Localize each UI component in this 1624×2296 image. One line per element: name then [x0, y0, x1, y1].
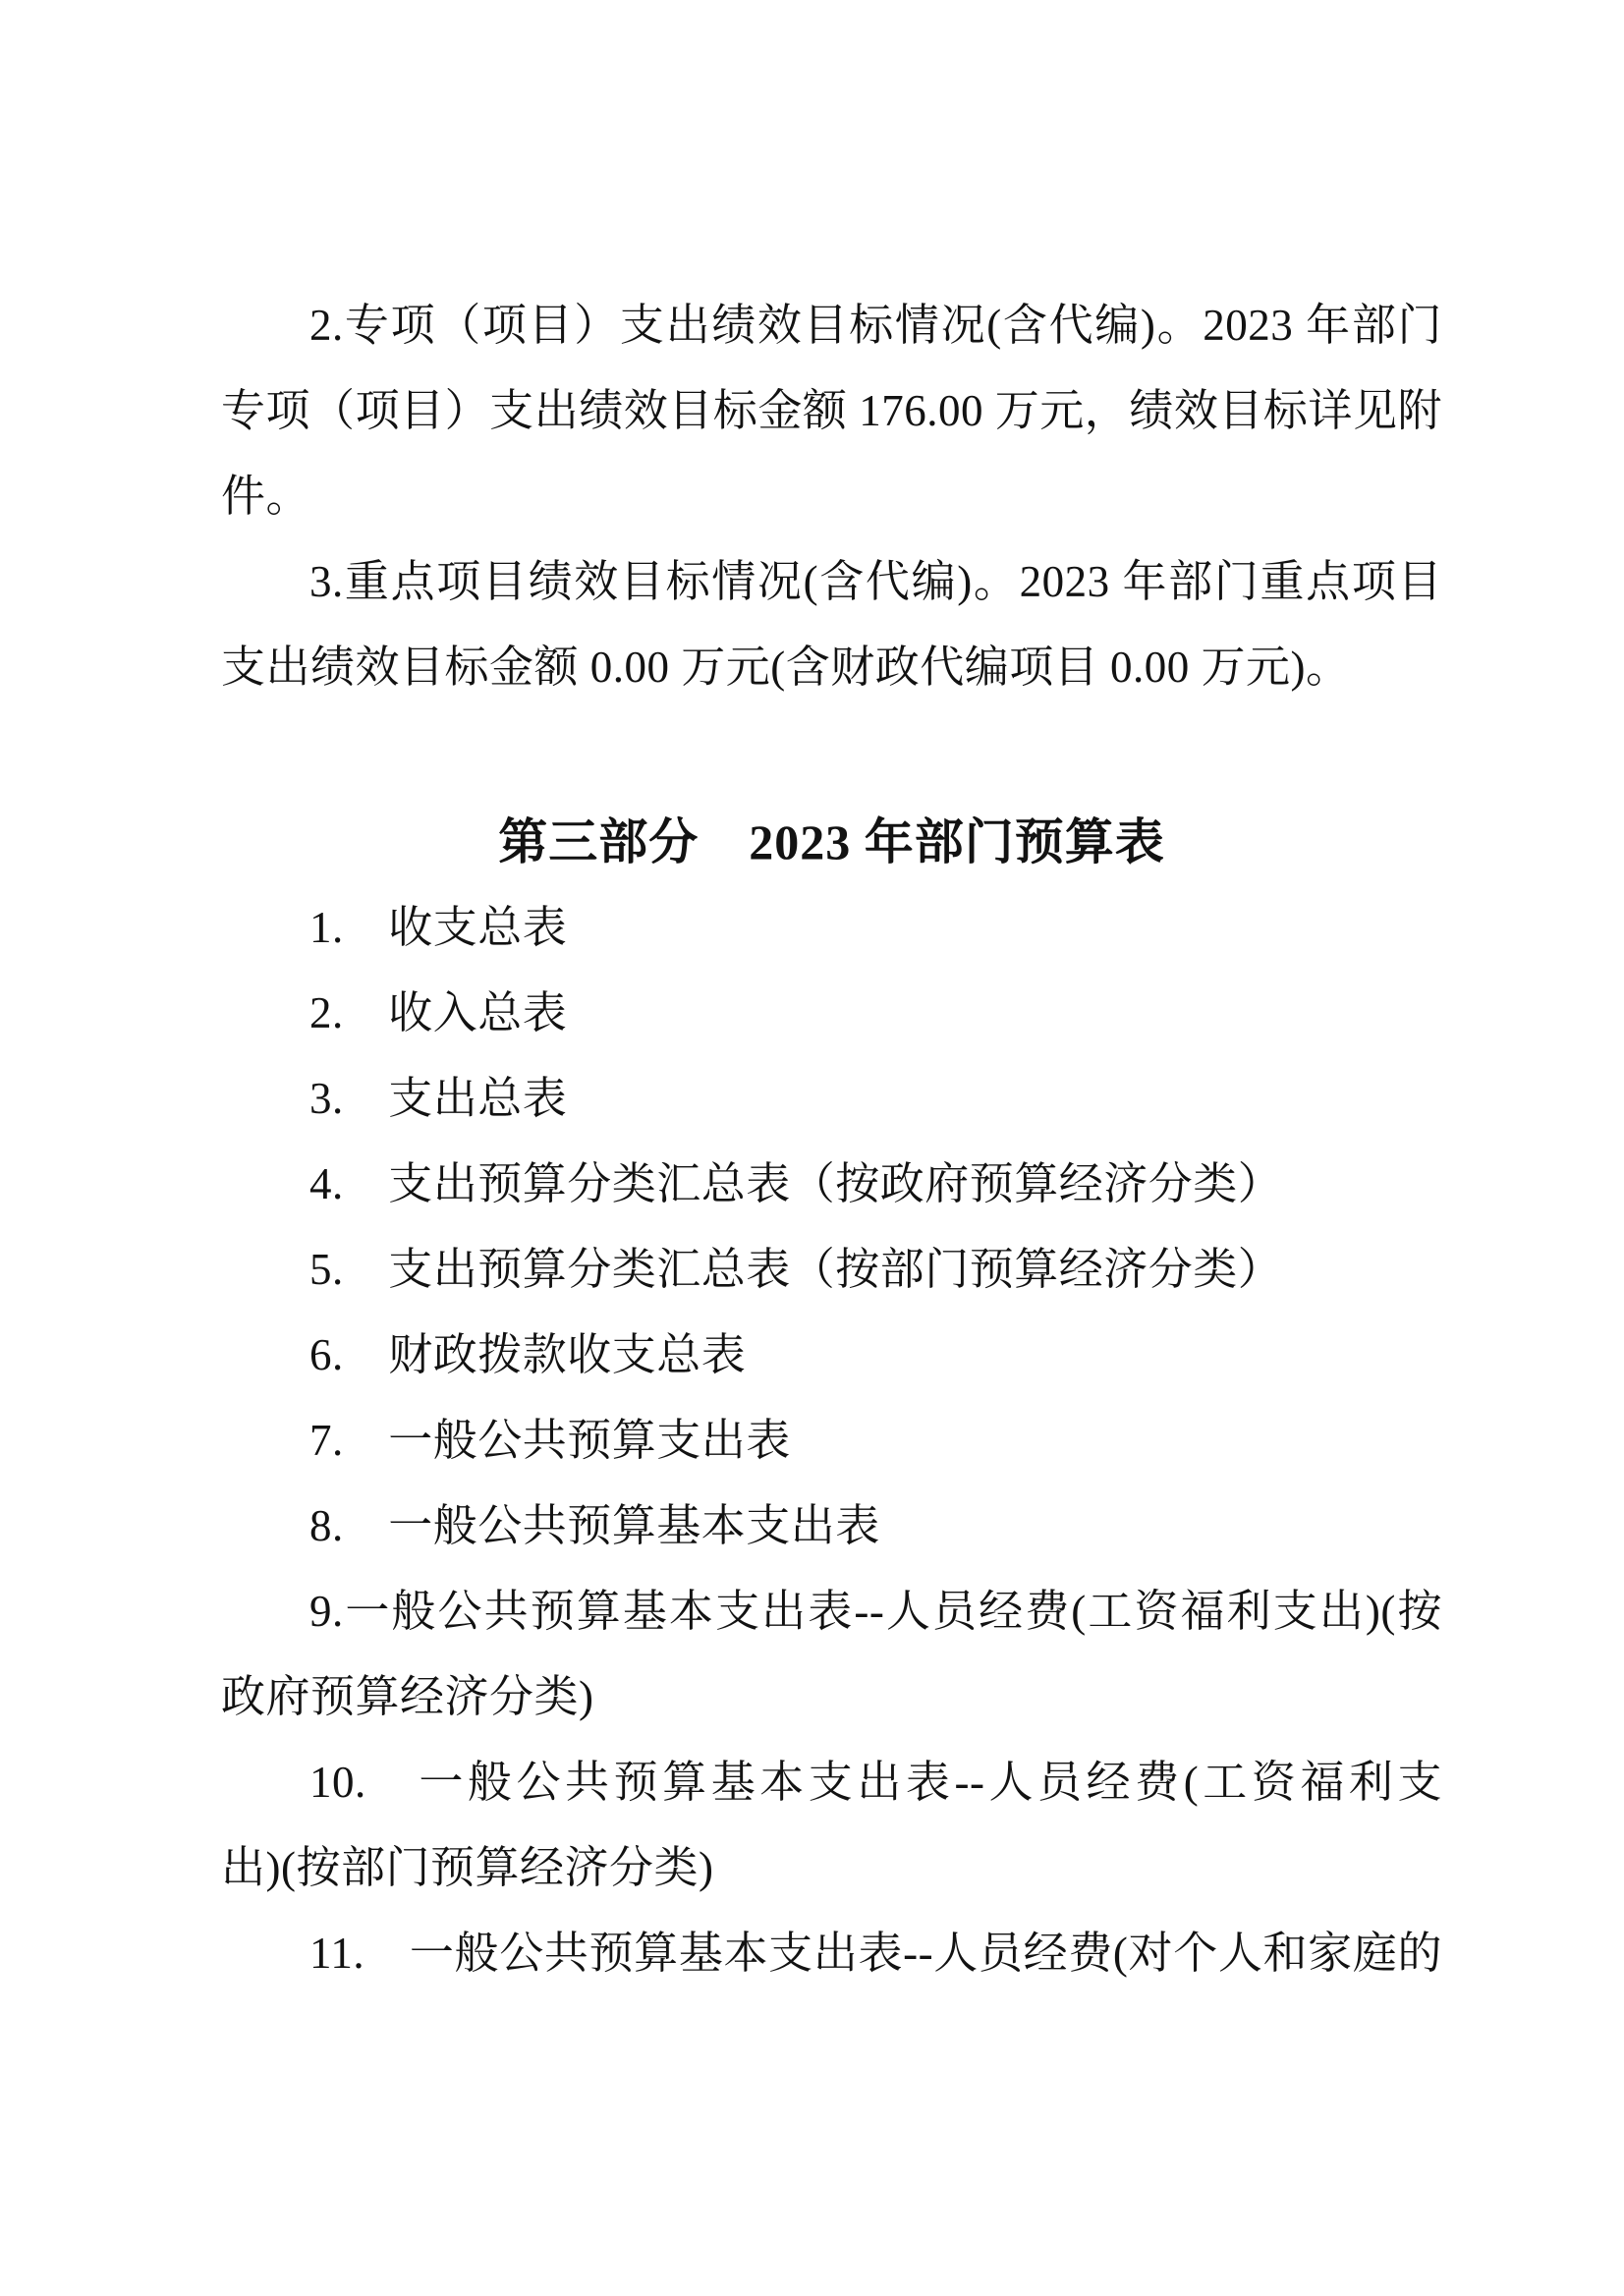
toc-item-9-line-2: 政府预算经济分类) — [221, 1654, 1442, 1740]
para-key-project-line-1: 3.重点项目绩效目标情况(含代编)。2023 年部门重点项目 — [221, 539, 1442, 625]
toc-item-4: 4. 支出预算分类汇总表（按政府预算经济分类） — [221, 1142, 1442, 1227]
toc-item-3: 3. 支出总表 — [221, 1056, 1442, 1142]
para-special-project-line-2: 专项（项目）支出绩效目标金额 176.00 万元，绩效目标详见附 — [221, 368, 1442, 454]
toc-item-8: 8. 一般公共预算基本支出表 — [221, 1484, 1442, 1569]
section-heading-part3: 第三部分 2023 年部门预算表 — [221, 799, 1442, 885]
toc-item-5: 5. 支出预算分类汇总表（按部门预算经济分类） — [221, 1227, 1442, 1313]
para-key-project-line-2: 支出绩效目标金额 0.00 万元(含财政代编项目 0.00 万元)。 — [221, 625, 1442, 710]
toc-item-7: 7. 一般公共预算支出表 — [221, 1398, 1442, 1484]
document-page: 2.专项（项目）支出绩效目标情况(含代编)。2023 年部门 专项（项目）支出绩… — [0, 0, 1624, 2296]
toc-item-2: 2. 收入总表 — [221, 971, 1442, 1056]
toc-item-10-line-1: 10. 一般公共预算基本支出表--人员经费(工资福利支 — [221, 1740, 1442, 1825]
toc-item-1: 1. 收支总表 — [221, 885, 1442, 971]
toc-item-9-line-1: 9.一般公共预算基本支出表--人员经费(工资福利支出)(按 — [221, 1569, 1442, 1654]
document-text-block: 2.专项（项目）支出绩效目标情况(含代编)。2023 年部门 专项（项目）支出绩… — [221, 283, 1442, 1996]
para-special-project-line-3: 件。 — [221, 454, 1442, 539]
toc-item-6: 6. 财政拨款收支总表 — [221, 1313, 1442, 1398]
toc-item-10-line-2: 出)(按部门预算经济分类) — [221, 1825, 1442, 1911]
para-special-project-line-1: 2.专项（项目）支出绩效目标情况(含代编)。2023 年部门 — [221, 283, 1442, 368]
toc-item-11-line-1: 11. 一般公共预算基本支出表--人员经费(对个人和家庭的 — [221, 1911, 1442, 1996]
